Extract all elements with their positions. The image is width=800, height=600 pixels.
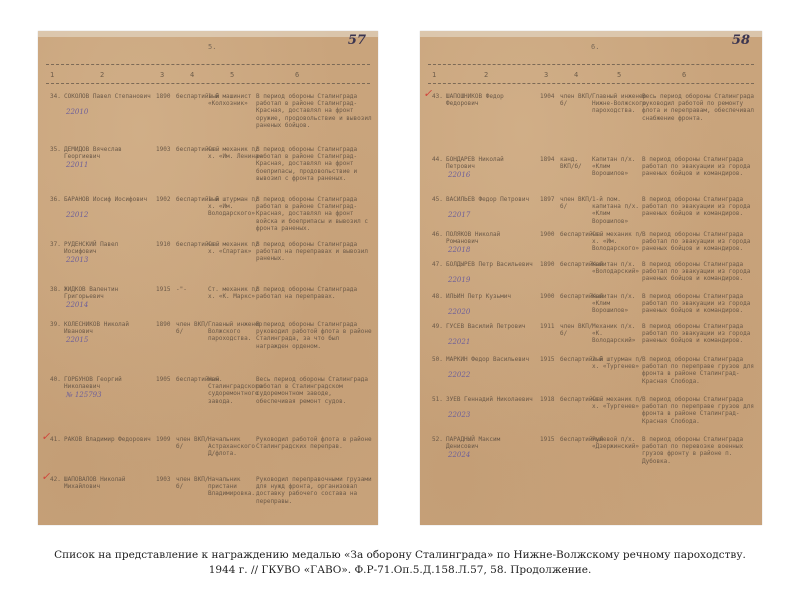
position: Капитан п/х. «Клим Ворошилов» [592, 293, 648, 315]
entry-number: 42. [50, 476, 61, 483]
birth-year: 1902 [156, 196, 170, 203]
registration-number: 22021 [448, 338, 470, 346]
person-name: БАРАНОВ Иосиф Иосифович [64, 196, 152, 203]
entry-number: 35. [50, 146, 61, 153]
person-name: ПАРАДНЫЙ Максим Денисович [446, 436, 534, 450]
position: Капитан п/х. «Клим Ворошилов» [592, 156, 648, 178]
party-status: беспартийный [176, 146, 210, 153]
registration-number: 22010 [66, 108, 88, 116]
person-name: БОЛДЫРЕВ Петр Васильевич [446, 261, 534, 268]
registration-number: 22020 [448, 308, 470, 316]
position: Рулевой п/х. «Дзержинский» [592, 436, 648, 450]
entry-number: 48. [432, 293, 443, 300]
birth-year: 1897 [540, 196, 554, 203]
registration-number: 22017 [448, 211, 470, 219]
person-name: ШАПОШНИКОВ Федор Федорович [446, 93, 534, 107]
birth-year: 1900 [540, 293, 554, 300]
person-name: ПОЛЯКОВ Николай Романович [446, 231, 534, 245]
registration-number: 22022 [448, 371, 470, 379]
birth-year: 1909 [156, 436, 170, 443]
registration-number: 22012 [66, 211, 88, 219]
merit-description: В период обороны Сталинграда работал по … [642, 156, 760, 178]
merit-description: Руководил работой флота в районе Сталинг… [256, 436, 374, 450]
merit-description: В период обороны Сталинграда работал по … [642, 261, 760, 283]
merit-description: Весь период обороны Сталинграда работал … [256, 376, 374, 405]
column-header: 1 [50, 71, 55, 79]
birth-year: 1890 [540, 261, 554, 268]
party-status: член ВКП/б/ [560, 323, 594, 337]
registration-number: 22011 [66, 161, 88, 169]
merit-description: В период обороны Сталинграда работал по … [642, 356, 760, 385]
party-status: член ВКП/б/ [176, 436, 210, 450]
scan-edge [38, 31, 378, 37]
column-header: 2 [484, 71, 489, 79]
birth-year: 1915 [540, 356, 554, 363]
birth-year: 1905 [156, 376, 170, 383]
person-name: БОНДАРЕВ Николай Петрович [446, 156, 534, 170]
birth-year: 1894 [540, 156, 554, 163]
merit-description: Руководил переправочными грузами для нуж… [256, 476, 374, 505]
person-name: МАРКИН Федор Васильевич [446, 356, 534, 363]
entry-number: 36. [50, 196, 61, 203]
person-name: КОЛЕСНИКОВ Николай Иванович [64, 321, 152, 335]
registration-number: 22014 [66, 301, 88, 309]
party-status: беспартийный [560, 261, 594, 268]
column-header: 5 [230, 71, 235, 79]
party-status: член ВКП/б/ [560, 196, 594, 210]
page-number: 57 [348, 33, 366, 48]
entry-number: 45. [432, 196, 443, 203]
position: Главный инженер Нижне-Волжского пароходс… [592, 93, 648, 115]
column-header: 6 [295, 71, 300, 79]
merit-description: В период обороны Сталинграда работал по … [642, 231, 760, 253]
registration-number: 22016 [448, 171, 470, 179]
person-name: ГОРБУНОВ Георгий Николаевич [64, 376, 152, 390]
merit-description: В период обороны Сталинграда работал на … [256, 286, 374, 300]
column-header-row: 1 2 3 4 5 6 [50, 71, 370, 81]
entry-number: 40. [50, 376, 61, 383]
registration-number: 22019 [448, 276, 470, 284]
entry-number: 39. [50, 321, 61, 328]
sheet-mark: 6. [591, 43, 599, 51]
birth-year: 1890 [156, 321, 170, 328]
column-header: 5 [617, 71, 622, 79]
entry-number: 37. [50, 241, 61, 248]
merit-description: Весь период обороны Сталинграда руководи… [642, 93, 760, 122]
party-status: беспартийный [176, 196, 210, 203]
person-name: ДЕМИДОВ Вячеслав Георгиевич [64, 146, 152, 160]
entry-number: 34. [50, 93, 61, 100]
archive-page-left: 57 5. 1 2 3 4 5 6 34.СОКОЛОВ Павел Степа… [38, 31, 378, 525]
column-header: 4 [574, 71, 579, 79]
party-status: член ВКП/б/ [176, 476, 210, 490]
party-status: беспартийный [560, 396, 594, 403]
column-header: 3 [160, 71, 165, 79]
registration-number: 22013 [66, 256, 88, 264]
registration-number: № 125793 [66, 391, 102, 399]
party-status: беспартийный [176, 93, 210, 100]
position: Механик п/х. «К. Володарский» [592, 323, 648, 345]
merit-description: В период обороны Сталинграда работал по … [642, 396, 760, 425]
caption-line-1: Список на представление к награждению ме… [0, 548, 800, 563]
image-caption: Список на представление к награждению ме… [0, 548, 800, 578]
birth-year: 1915 [156, 286, 170, 293]
entry-number: 44. [432, 156, 443, 163]
position: Капитан п/х. «Володарский» [592, 261, 648, 275]
header-rule-top [428, 64, 754, 65]
birth-year: 1904 [540, 93, 554, 100]
party-status: беспартийный [560, 356, 594, 363]
person-name: ЖИДКОВ Валентин Григорьевич [64, 286, 152, 300]
column-header: 4 [190, 71, 195, 79]
birth-year: 1911 [540, 323, 554, 330]
person-name: ШАПОВАЛОВ Николай Михайлович [64, 476, 152, 490]
position: 1-й пом. капитана п/х. «Клим Ворошилов» [592, 196, 648, 225]
birth-year: 1915 [540, 436, 554, 443]
entry-number: 52. [432, 436, 443, 443]
party-status: канд. ВКП/б/ [560, 156, 594, 170]
entry-number: 43. [432, 93, 443, 100]
scan-edge [420, 31, 762, 37]
merit-description: В период обороны Сталинграда работал по … [642, 196, 760, 218]
column-header: 6 [682, 71, 687, 79]
party-status: беспартийный [560, 231, 594, 238]
caption-line-2: 1944 г. // ГКУВО «ГАВО». Ф.Р-71.Оп.5.Д.1… [0, 563, 800, 578]
position: Ст. механик п/х. «Тургенев» [592, 396, 648, 410]
party-status: беспартийный [560, 293, 594, 300]
position: Ст. механик п/х. «Им. Володарского» [592, 231, 648, 253]
birth-year: 1918 [540, 396, 554, 403]
birth-year: 1903 [156, 476, 170, 483]
header-rule-top [46, 64, 370, 65]
entry-number: 46. [432, 231, 443, 238]
birth-year: 1903 [156, 146, 170, 153]
merit-description: В период обороны Сталинграда работал на … [256, 241, 374, 263]
person-name: ЗУЕВ Геннадий Николаевич [446, 396, 534, 403]
person-name: ГУСЕВ Василий Петрович [446, 323, 534, 330]
merit-description: В период обороны Сталинграда работал в р… [256, 196, 374, 232]
position: 2-й штурман п/х. «Тургенев» [592, 356, 648, 370]
person-name: СОКОЛОВ Павел Степанович [64, 93, 152, 100]
column-header: 3 [544, 71, 549, 79]
party-status: член ВКП/б/ [560, 93, 594, 107]
birth-year: 1910 [156, 241, 170, 248]
sheet-mark: 5. [208, 43, 216, 51]
column-header: 1 [432, 71, 437, 79]
registration-number: 22024 [448, 451, 470, 459]
birth-year: 1890 [156, 93, 170, 100]
entry-number: 47. [432, 261, 443, 268]
page-number: 58 [732, 33, 750, 48]
party-status: -"- [176, 286, 210, 293]
header-rule-bottom [428, 83, 754, 84]
merit-description: В период обороны Сталинграда работал в р… [256, 146, 374, 182]
party-status: беспартийный [176, 376, 210, 383]
merit-description: В период обороны Сталинграда работал по … [642, 323, 760, 345]
header-rule-bottom [46, 83, 370, 84]
merit-description: В период обороны Сталинграда работал по … [642, 436, 760, 465]
column-header: 2 [100, 71, 105, 79]
registration-number: 22023 [448, 411, 470, 419]
merit-description: В период обороны Сталинграда работал в р… [256, 93, 374, 129]
archive-page-right: 58 6. 1 2 3 4 5 6 43.ШАПОШНИКОВ Федор Фе… [420, 31, 762, 525]
person-name: ВАСИЛЬЕВ Федор Петрович [446, 196, 534, 203]
merit-description: В период обороны Сталинграда руководил р… [256, 321, 374, 350]
column-header-row: 1 2 3 4 5 6 [432, 71, 754, 81]
person-name: РУДЕНСКИЙ Павел Иосифович [64, 241, 152, 255]
registration-number: 22015 [66, 336, 88, 344]
entry-number: 38. [50, 286, 61, 293]
merit-description: В период обороны Сталинграда работал по … [642, 293, 760, 315]
entry-number: 41. [50, 436, 61, 443]
person-name: РАКОВ Владимир Федорович [64, 436, 152, 443]
registration-number: 22018 [448, 246, 470, 254]
party-status: член ВКП/б/ [176, 321, 210, 335]
entry-number: 51. [432, 396, 443, 403]
party-status: беспартийный [560, 436, 594, 443]
person-name: ИЛЬИН Петр Кузьмич [446, 293, 534, 300]
entry-number: 49. [432, 323, 443, 330]
party-status: беспартийный [176, 241, 210, 248]
entry-number: 50. [432, 356, 443, 363]
birth-year: 1900 [540, 231, 554, 238]
